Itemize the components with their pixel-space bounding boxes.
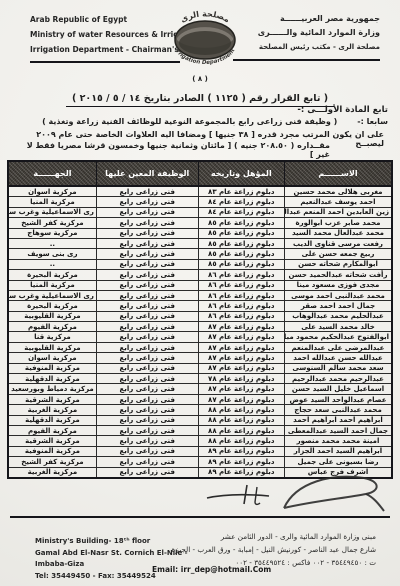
table-cell: دبلوم زراعة عام ٨٦ [198, 280, 284, 290]
table-cell: فنى زراعى رابع [96, 425, 198, 435]
scanned-decree-page: Arab Republic of Egypt Ministry of water… [0, 0, 400, 586]
table-cell: دبلوم زراعة عام ٨٨ [198, 425, 284, 435]
table-cell: مركزية المنيا [8, 197, 96, 207]
table-cell: جمال احمد احمد صقر [284, 301, 392, 311]
column-header-entity: الجهــــــة [8, 161, 96, 186]
table-cell: فنى زراعى رابع [96, 280, 198, 290]
item-title: ( وظيفة فنى زراعى رابع بالمجموعة النوعية… [42, 117, 337, 126]
footer-ar-line1: مبنى وزارة الموارد المائية والرى - الدور… [172, 530, 377, 543]
table-row: رضا بسيونى على جميلدبلوم زراعة عام ٨٩فنى… [8, 457, 392, 467]
table-cell: دبلوم زراعة عام ٨٦ [198, 270, 284, 280]
table-cell: دبلوم زراعة عام ٨٧ [198, 384, 284, 394]
table-row: احمد يوسف عبدالنعيمدبلوم زراعة عام ٨٤فنى… [8, 197, 392, 207]
table-cell: مركزية دمياط وبورسعيد [8, 384, 96, 394]
table-cell: مركزية الشرقية [8, 436, 96, 446]
table-cell: ابوالمكارم شحاته حسن [284, 259, 392, 269]
table-cell: فنى زراعى رابع [96, 228, 198, 238]
table-cell: دبلوم زراعة عام ٨٧ [198, 332, 284, 342]
table-cell: مركزية اسوان [8, 353, 96, 363]
table-cell: فنى زراعى رابع [96, 218, 198, 228]
table-cell: رضا بسيونى على جميل [284, 457, 392, 467]
table-cell: ابراهيم احمد ابراهيم احمد [284, 415, 392, 425]
column-header-position: الوظيفة المعين عليها [96, 161, 198, 186]
table-cell: فنى زراعى رابع [96, 436, 198, 446]
table-cell: دبلوم زراعة عام ٨٤ [198, 207, 284, 217]
table-row: اسماعيل خليل السيد حسندبلوم زراعة عام ٨٧… [8, 384, 392, 394]
letterhead-divider-right [233, 59, 380, 61]
table-cell: مركزية الغربية [8, 467, 96, 478]
table-cell: فنى زراعى رابع [96, 467, 198, 478]
table-cell: دبلوم زراعة عام ٨٧ [198, 363, 284, 373]
table-cell: مركزية الفيوم [8, 425, 96, 435]
table-cell: فنى زراعى رابع [96, 207, 198, 217]
table-cell: دبلوم زراعة عام ٨٥ [198, 259, 284, 269]
table-cell: عبدالرحيم محمد عبدالرحيم [284, 374, 392, 384]
table-cell: مركزية كفر الشيخ [8, 457, 96, 467]
table-cell: مجدى فوزى مسعود مينا [284, 280, 392, 290]
table-cell: دبلوم زراعة عام ٨٨ [198, 436, 284, 446]
table-cell: عبدالحليم محمد عبدالوهاب [284, 311, 392, 321]
table-cell: احمد يوسف عبدالنعيم [284, 197, 392, 207]
table-cell: .. [8, 259, 96, 269]
table-cell: فنى زراعى رابع [96, 446, 198, 456]
table-cell: مركزية المنوفية [8, 363, 96, 373]
table-cell: فنى زراعى رابع [96, 394, 198, 404]
table-cell: مركزية الدقهلية [8, 374, 96, 384]
appointees-table-body: مغربى هلالى محمد حسيندبلوم زراعة عام ٨٣ف… [8, 186, 392, 478]
table-row: رأفت شحاته عبدالحميد حسندبلوم زراعة عام … [8, 270, 392, 280]
table-cell: دبلوم زراعة عام ٨٩ [198, 446, 284, 456]
decision-reference-line: ( تابع القرار رقم ( ١١٢٥ ) الصادر بتاريخ… [0, 86, 400, 107]
table-cell: ابراهيم السيد احمد الجزار [284, 446, 392, 456]
table-cell: دبلوم زراعة عام ٨٧ [198, 353, 284, 363]
table-cell: امينة محمد محمد منصور [284, 436, 392, 446]
table-cell: فنى زراعى رابع [96, 290, 198, 300]
table-cell: مركزية كفر الشيخ [8, 218, 96, 228]
decision-reference-text: ( تابع القرار رقم ( ١١٢٥ ) الصادر بتاريخ… [66, 93, 334, 107]
table-cell: جمال احمد السيد عبدالمعطى [284, 425, 392, 435]
table-cell: فنى زراعى رابع [96, 311, 198, 321]
table-cell: دبلوم زراعة عام ٨٧ [198, 322, 284, 332]
table-cell: فنى زراعى رابع [96, 363, 198, 373]
table-row: خالد محمد السيد علىدبلوم زراعة عام ٨٧فنى… [8, 322, 392, 332]
table-cell: مركزية اسوان [8, 186, 96, 197]
table-cell: مركزية الفيوم [8, 322, 96, 332]
table-cell: فنى زراعى رابع [96, 259, 198, 269]
table-cell: مركزية القليوبية [8, 311, 96, 321]
table-row: عصام عبدالواحد السيد عوضدبلوم زراعة عام … [8, 394, 392, 404]
table-cell: دبلوم زراعة عام ٨٩ [198, 467, 284, 478]
table-row: محمد عبدالنبى احمد موسىدبلوم زراعة عام ٨… [8, 290, 392, 300]
table-cell: اسماعيل خليل السيد حسن [284, 384, 392, 394]
item-label: سابعا :- [357, 117, 388, 126]
table-row: ابراهيم احمد ابراهيم احمددبلوم زراعة عام… [8, 415, 392, 425]
table-row: عبدالرحيم محمد عبدالرحيمدبلوم زراعة عام … [8, 374, 392, 384]
ministry-name-ar: وزارة الموارد المائية والــــــرى [258, 26, 380, 40]
table-cell: مركزية الدقهلية [8, 415, 96, 425]
table-cell: فنى زراعى رابع [96, 384, 198, 394]
letterhead-arabic: جمهورية مصر العربيــــــة وزارة الموارد … [258, 12, 380, 54]
page-number: ( ٨ ) [0, 75, 400, 83]
table-cell: محمد عبدالعال محمد السيد [284, 228, 392, 238]
table-cell: مركزية الشرقية [8, 394, 96, 404]
table-cell: فنى زراعى رابع [96, 374, 198, 384]
table-row: مجدى فوزى مسعود مينادبلوم زراعة عام ٨٦فن… [8, 280, 392, 290]
table-cell: مركزية قنا [8, 332, 96, 342]
country-name-ar: جمهورية مصر العربيــــــة [258, 12, 380, 26]
handwritten-mark-icon [205, 483, 277, 509]
column-header-name: الاســــــم [284, 161, 392, 186]
table-cell: فنى زراعى رابع [96, 405, 198, 415]
table-cell: فنى زراعى رابع [96, 197, 198, 207]
table-row: جمال احمد السيد عبدالمعطىدبلوم زراعة عام… [8, 425, 392, 435]
table-cell: فنى زراعى رابع [96, 322, 198, 332]
footer-address-arabic: مبنى وزارة الموارد المائية والرى - الدور… [172, 530, 377, 569]
table-cell: رى بنى سويف [8, 249, 96, 259]
footer-email: Email: irr_dep@hotmail.Com [152, 565, 271, 574]
table-cell: دبلوم زراعة عام ٨٦ [198, 290, 284, 300]
table-row: محمد صابر عزب ابوالورةدبلوم زراعة عام ٨٥… [8, 218, 392, 228]
table-cell: دبلوم زراعة عام ٨٧ [198, 342, 284, 352]
table-cell: .. [8, 238, 96, 248]
table-row: امينة محمد محمد منصوردبلوم زراعة عام ٨٨ف… [8, 436, 392, 446]
table-cell: دبلوم زراعة عام ٨٦ [198, 311, 284, 321]
table-cell: مركزية المنوفية [8, 446, 96, 456]
table-row: عبدالحليم محمد عبدالوهابدبلوم زراعة عام … [8, 311, 392, 321]
appointees-table: الاســــــم المؤهل وتاريخه الوظيفة المعي… [7, 160, 393, 479]
table-cell: فنى زراعى رابع [96, 415, 198, 425]
table-cell: فنى زراعى رابع [96, 186, 198, 197]
table-row: عبدالمرضى على عبدالمنعمدبلوم زراعة عام ٨… [8, 342, 392, 352]
table-row: محمد عبدالعال محمد السيددبلوم زراعة عام … [8, 228, 392, 238]
table-row: محمد عبدالنبى سعد حجاجدبلوم زراعة عام ٨٨… [8, 405, 392, 415]
table-cell: فنى زراعى رابع [96, 332, 198, 342]
table-cell: دبلوم زراعة عام ٧٨ [198, 374, 284, 384]
table-cell: زين العابدين احمد المنعم عبدالسيد [284, 207, 392, 217]
table-cell: فنى زراعى رابع [96, 301, 198, 311]
item-line: سابعا :- ( وظيفة فنى زراعى رابع بالمجموع… [40, 117, 388, 126]
table-cell: فنى زراعى رابع [96, 353, 198, 363]
table-cell: سعد محمد سالم السنوسى [284, 363, 392, 373]
table-cell: رأفت شحاته عبدالحميد حسن [284, 270, 392, 280]
table-cell: دبلوم زراعة عام ٨٥ [198, 249, 284, 259]
table-cell: دبلوم زراعة عام ٨٤ [198, 197, 284, 207]
table-cell: دبلوم زراعة عام ٨٨ [198, 415, 284, 425]
table-cell: فنى زراعى رابع [96, 342, 198, 352]
table-cell: مركزية سوهاج [8, 228, 96, 238]
table-cell: عبدالمرضى على عبدالمنعم [284, 342, 392, 352]
table-cell: رفعت مرسى قناوى الديب [284, 238, 392, 248]
table-row: عبدالله حسن عبدالله احمددبلوم زراعة عام … [8, 353, 392, 363]
table-cell: رى الاسماعيلية وغرب سيناء [8, 290, 96, 300]
table-cell: فنى زراعى رابع [96, 238, 198, 248]
table-cell: دبلوم زراعة عام ٨٧ [198, 394, 284, 404]
table-cell: محمد صابر عزب ابوالورة [284, 218, 392, 228]
footer-ar-line2: شارع جمال عبد الناصر - كورنيش النيل - إم… [172, 543, 377, 556]
table-cell: دبلوم زراعة عام ٨٦ [198, 301, 284, 311]
table-row: ربيع جمعه حسن علىدبلوم زراعة عام ٨٥فنى ز… [8, 249, 392, 259]
department-name-ar: مصلحة الرى - مكتب رئيس المصلحة [258, 40, 380, 54]
table-row: جمال احمد احمد صقردبلوم زراعة عام ٨٦فنى … [8, 301, 392, 311]
table-cell: مغربى هلالى محمد حسين [284, 186, 392, 197]
footer-address-english: Ministry's Building- 18ᵗʰ floor Gamal Ab… [35, 536, 188, 582]
table-cell: مركزية البحيرة [8, 270, 96, 280]
table-cell: مركزية الغربية [8, 405, 96, 415]
footer-en-line1: Ministry's Building- 18ᵗʰ floor [35, 536, 188, 548]
table-row: ابوالمكارم شحاته حسندبلوم زراعة عام ٨٥فن… [8, 259, 392, 269]
salary-clause-line-2: مقــداره ( ٢٠٨.٥٠ جنيه ) [ مائتان وثماني… [12, 141, 330, 159]
table-cell: عصام عبدالواحد السيد عوض [284, 394, 392, 404]
column-header-qualification: المؤهل وتاريخه [198, 161, 284, 186]
footer-en-line2: Gamal Abd El-Nasr St. Cornich El-Nile - [35, 548, 188, 560]
appointees-table-header: الاســــــم المؤهل وتاريخه الوظيفة المعي… [8, 161, 392, 186]
table-cell: رى الاسماعيلية وغرب سيناء [8, 207, 96, 217]
signature-icon [278, 470, 388, 516]
table-cell: دبلوم زراعة عام ٨٩ [198, 457, 284, 467]
table-cell: محمد عبدالنبى احمد موسى [284, 290, 392, 300]
article-continuation-line: تابع المادة الأولـــى :- [297, 105, 388, 115]
table-row: ابوالفتوح عبدالحكيم محمود مباركدبلوم زرا… [8, 332, 392, 342]
table-cell: دبلوم زراعة عام ٨٥ [198, 228, 284, 238]
table-row: سعد محمد سالم السنوسىدبلوم زراعة عام ٨٧ف… [8, 363, 392, 373]
table-cell: فنى زراعى رابع [96, 270, 198, 280]
table-cell: دبلوم زراعة عام ٨٨ [198, 405, 284, 415]
table-cell: ربيع جمعه حسن على [284, 249, 392, 259]
table-cell: مركزية المنيا [8, 280, 96, 290]
table-cell: فنى زراعى رابع [96, 249, 198, 259]
table-cell: ابوالفتوح عبدالحكيم محمود مبارك [284, 332, 392, 342]
table-cell: مركزية البحيرة [8, 301, 96, 311]
table-row: ابراهيم السيد احمد الجزاردبلوم زراعة عام… [8, 446, 392, 456]
table-row: مغربى هلالى محمد حسيندبلوم زراعة عام ٨٣ف… [8, 186, 392, 197]
table-cell: محمد عبدالنبى سعد حجاج [284, 405, 392, 415]
table-cell: عبدالله حسن عبدالله احمد [284, 353, 392, 363]
table-cell: دبلوم زراعة عام ٨٥ [198, 238, 284, 248]
table-cell: مركزية القليوبية [8, 342, 96, 352]
table-cell: فنى زراعى رابع [96, 457, 198, 467]
table-cell: خالد محمد السيد على [284, 322, 392, 332]
footer-divider [10, 516, 390, 518]
table-row: رفعت مرسى قناوى الديبدبلوم زراعة عام ٨٥ف… [8, 238, 392, 248]
irrigation-department-seal-icon: مصلحة الرى Irrigation Department [163, 2, 247, 72]
letterhead-divider-left [30, 61, 180, 63]
table-cell: دبلوم زراعة عام ٨٣ [198, 186, 284, 197]
table-cell: دبلوم زراعة عام ٨٥ [198, 218, 284, 228]
table-row: زين العابدين احمد المنعم عبدالسيددبلوم ز… [8, 207, 392, 217]
